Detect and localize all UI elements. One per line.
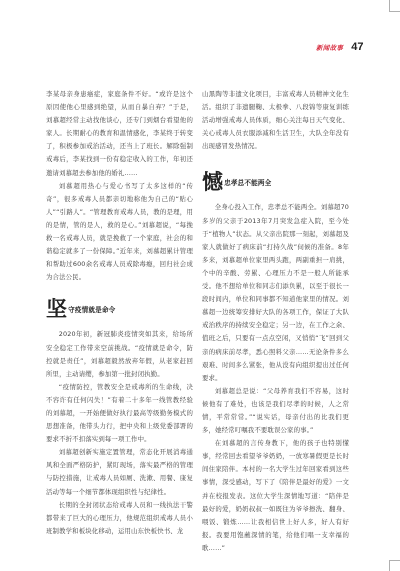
heading-initial: 坚	[46, 298, 67, 320]
paragraph: 在刘慕超的言传身教下，他的孩子也特别懂事，经常回去看望爷爷奶奶，一放寒暑假更是长…	[202, 437, 349, 555]
heading-text: 忠孝总不能两全	[224, 177, 271, 190]
heading-text: 守疫情就是命令	[68, 304, 115, 317]
paragraph: 刘慕超用热心与爱心书写了太多这样的“传奇”，很多戒毒人员都亲切地称他为自己的“贴…	[46, 180, 193, 285]
paragraph: 刘慕超创新实施定置管理，常态化开展消毒通风和全面严格防护，紧盯现场，落实最严格的…	[46, 446, 193, 498]
crop-mark	[389, 0, 400, 12]
section-heading: 憾 忠孝总不能两全	[202, 171, 349, 193]
paragraph: 山黑陶等非遗文化项目，丰富戒毒人员精神文化生活。组织了非遗腿鞠、太极拳、八段锦等…	[202, 88, 349, 153]
page-header: 新闻故事 47	[316, 40, 363, 54]
section-heading: 坚 守疫情就是命令	[46, 298, 193, 320]
paragraph: “疫情防控，管教安全是戒毒所的生命线，决不容许有任何闪失！”有着二十多年一线管教…	[46, 381, 193, 446]
crop-mark	[389, 560, 400, 571]
paragraph: 全身心投入工作，忠孝总不能两全。刘慕超70多岁的父亲于2013年7月突发急症入院…	[202, 201, 349, 384]
page-number: 47	[351, 41, 363, 53]
section-tag: 新闻故事	[316, 43, 343, 52]
paragraph: 刘慕超总是说：“父母养育我们不容易，这时候他有了难处，也该是我们尽孝的时候，人之…	[202, 385, 349, 437]
heading-initial: 憾	[202, 171, 223, 193]
paragraph: 长期的全封闭状态给戒毒人员和一线执法干警都带来了巨大的心理压力，他规范组织戒毒人…	[46, 499, 193, 538]
right-column: 山黑陶等非遗文化项目，丰富戒毒人员精神文化生活。组织了非遗腿鞠、太极拳、八段锦等…	[202, 88, 349, 555]
left-column: 李某母亲身患癌症，家庭条件不好。“或许是这个原因使他心里感到绝望，从而自暴自弃？…	[46, 88, 193, 538]
paragraph: 李某母亲身患癌症，家庭条件不好。“或许是这个原因使他心里感到绝望，从而自暴自弃？…	[46, 88, 193, 180]
paragraph: 2020年初，新冠肺炎疫情突如其来，给场所安全稳定工作带来空前挑战。“疫情就是命…	[46, 328, 193, 380]
